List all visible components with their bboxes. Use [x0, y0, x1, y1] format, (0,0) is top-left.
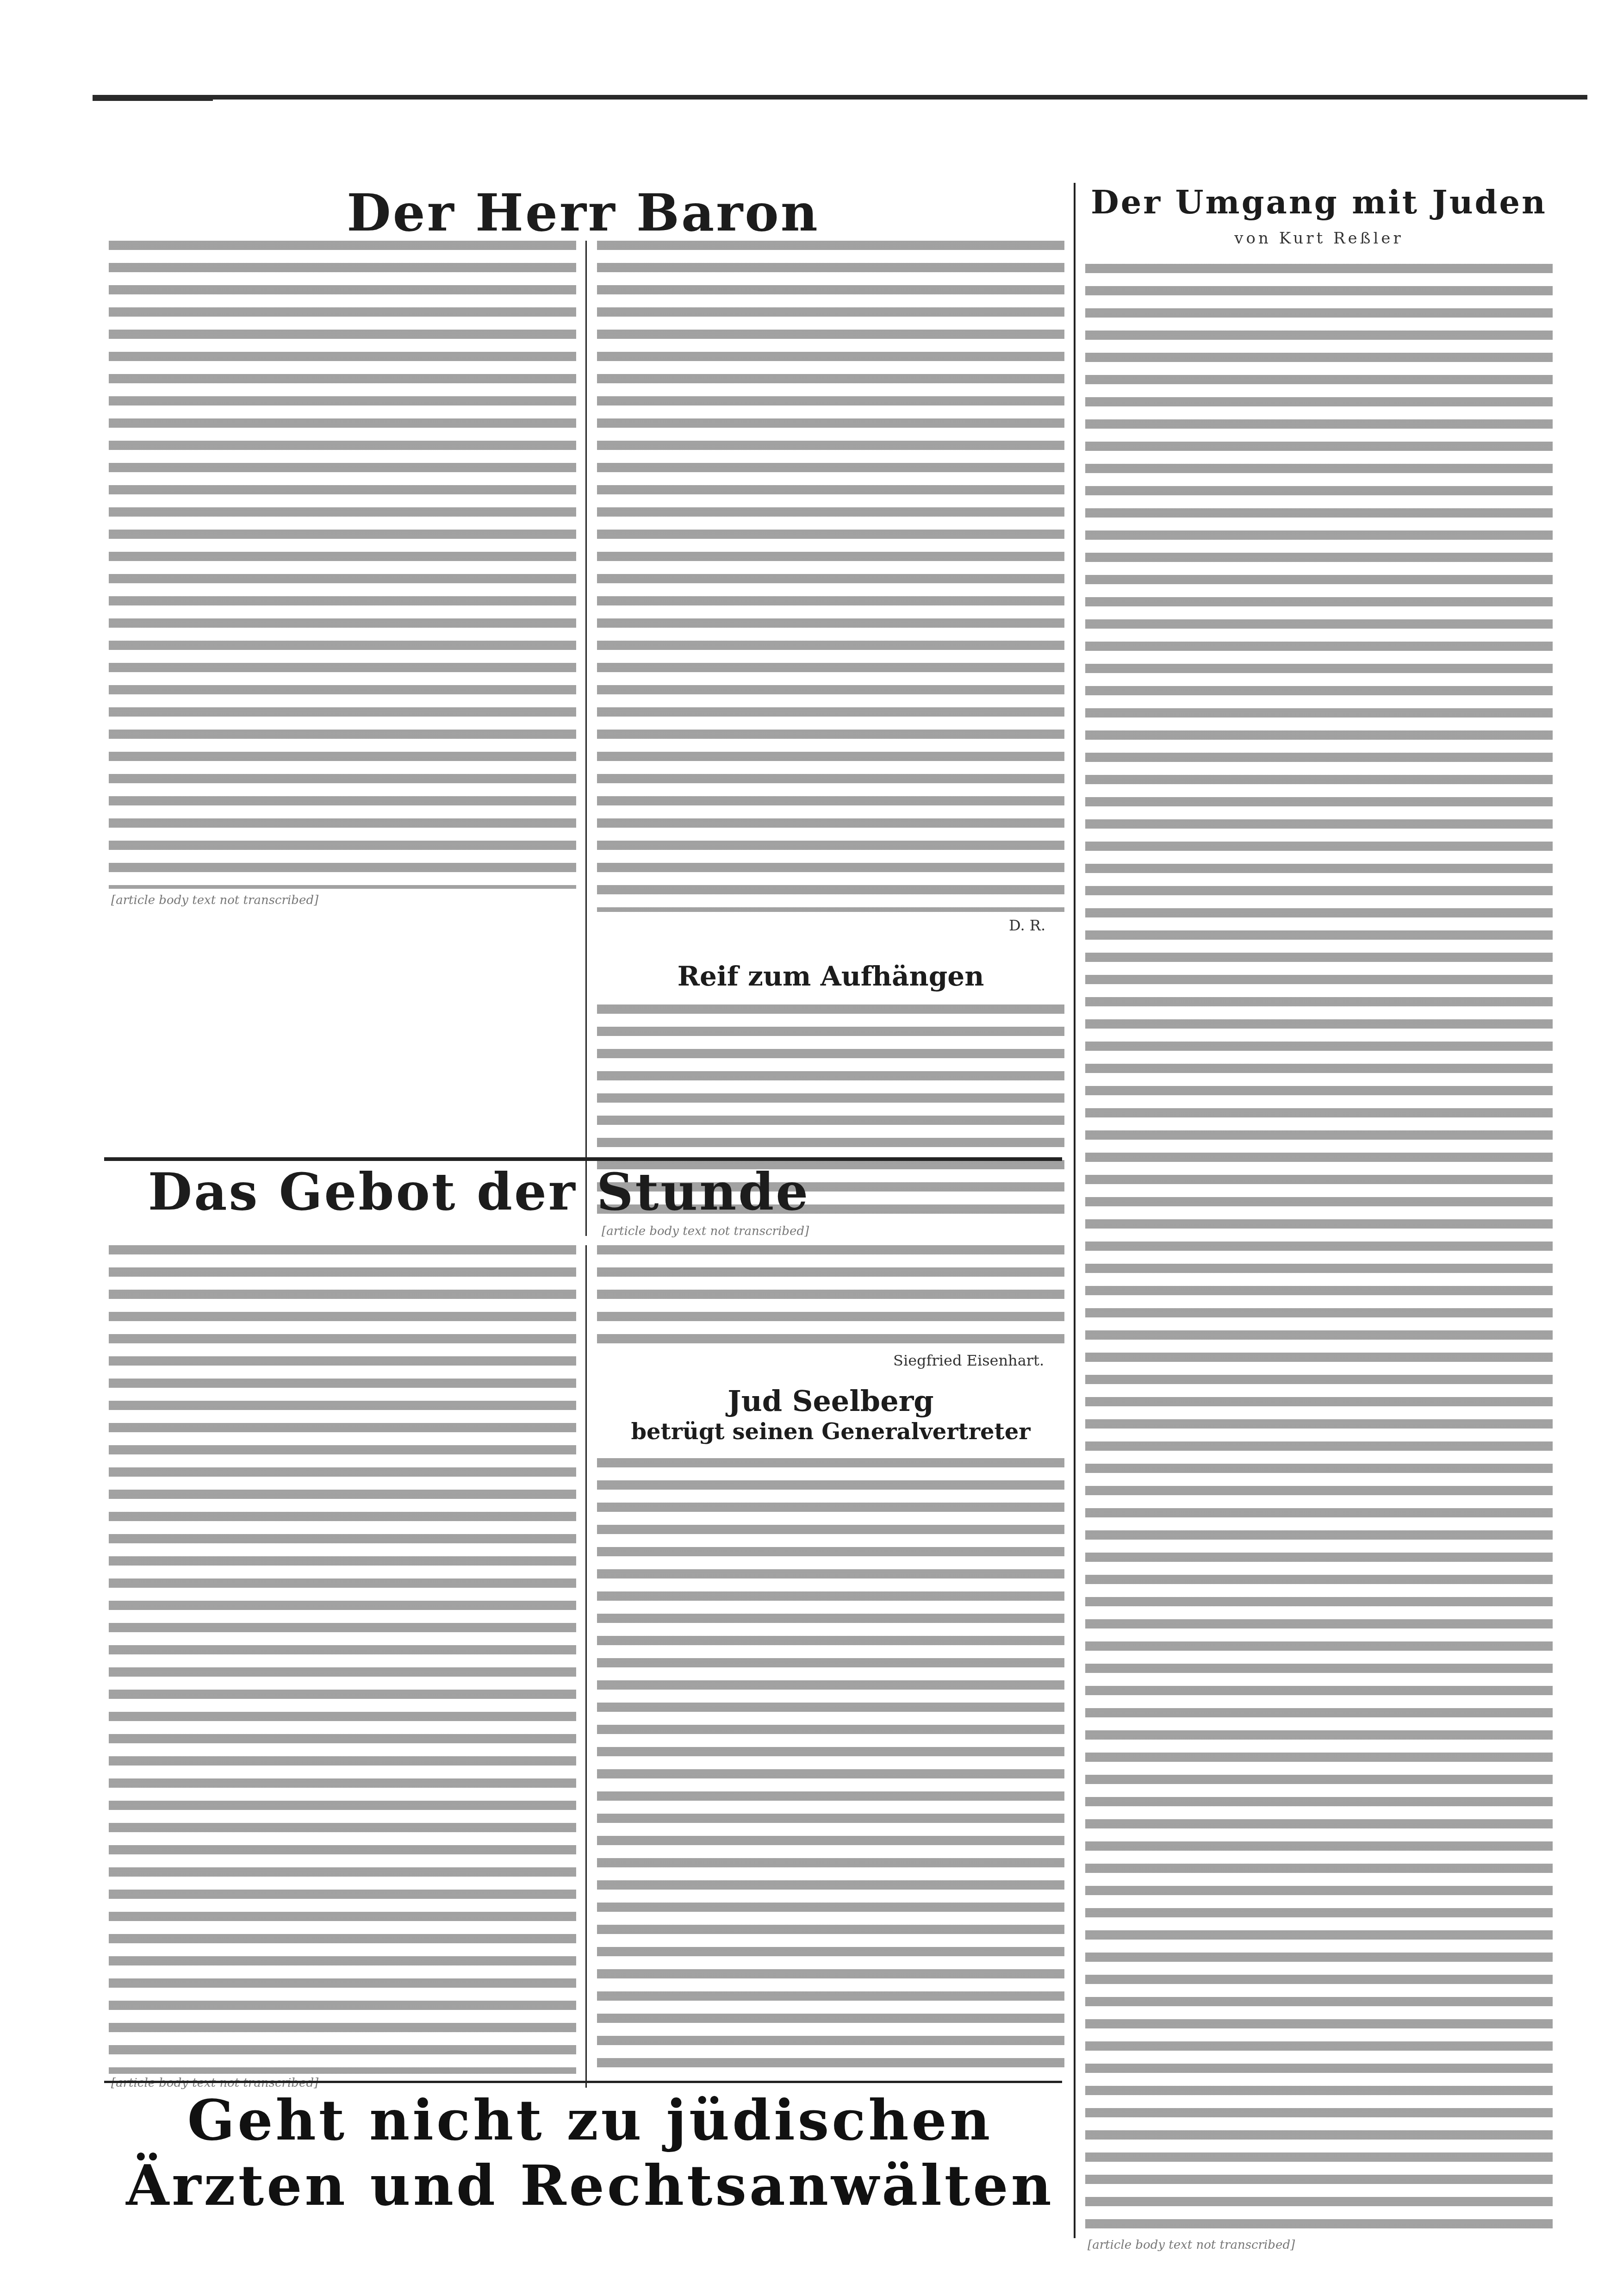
banner-rule — [104, 2081, 1062, 2083]
article-body-herr-baron-col1 — [109, 241, 576, 889]
content-note: [article body text not transcribed] — [602, 1224, 809, 1238]
signature-gebot: Siegfried Eisenhart. — [893, 1352, 1044, 1369]
headline-gebot: Das Gebot der Stunde — [106, 1162, 852, 1222]
article-body-umgang — [1085, 264, 1553, 2231]
headline-reif: Reif zum Aufhängen — [597, 961, 1064, 992]
column-divider-top-middle — [585, 241, 587, 1236]
article-body-seelberg — [597, 1458, 1064, 2074]
signature-herr-baron: D. R. — [1009, 917, 1045, 934]
headline-herr-baron: Der Herr Baron — [106, 183, 1060, 243]
top-rule — [93, 95, 1587, 100]
column-divider-right — [1074, 183, 1076, 2238]
content-note: [article body text not transcribed] — [1088, 2238, 1295, 2252]
section-rule — [104, 1157, 1062, 1161]
article-body-herr-baron-col2 — [597, 241, 1064, 912]
headline-umgang: Der Umgang mit Juden — [1085, 183, 1553, 221]
article-body-gebot-col1 — [109, 1245, 576, 2074]
content-note: [article body text not transcribed] — [111, 893, 318, 907]
subheadline-seelberg: betrügt seinen Generalvertreter — [597, 1419, 1064, 1445]
byline-umgang: von Kurt Reßler — [1085, 229, 1553, 248]
headline-seelberg: Jud Seelberg — [597, 1384, 1064, 1418]
article-body-gebot-col2 — [597, 1245, 1064, 1347]
footer-banner: Geht nicht zu jüdischen Ärzten und Recht… — [104, 2088, 1076, 2218]
column-divider-bottom-middle — [585, 1245, 587, 2088]
